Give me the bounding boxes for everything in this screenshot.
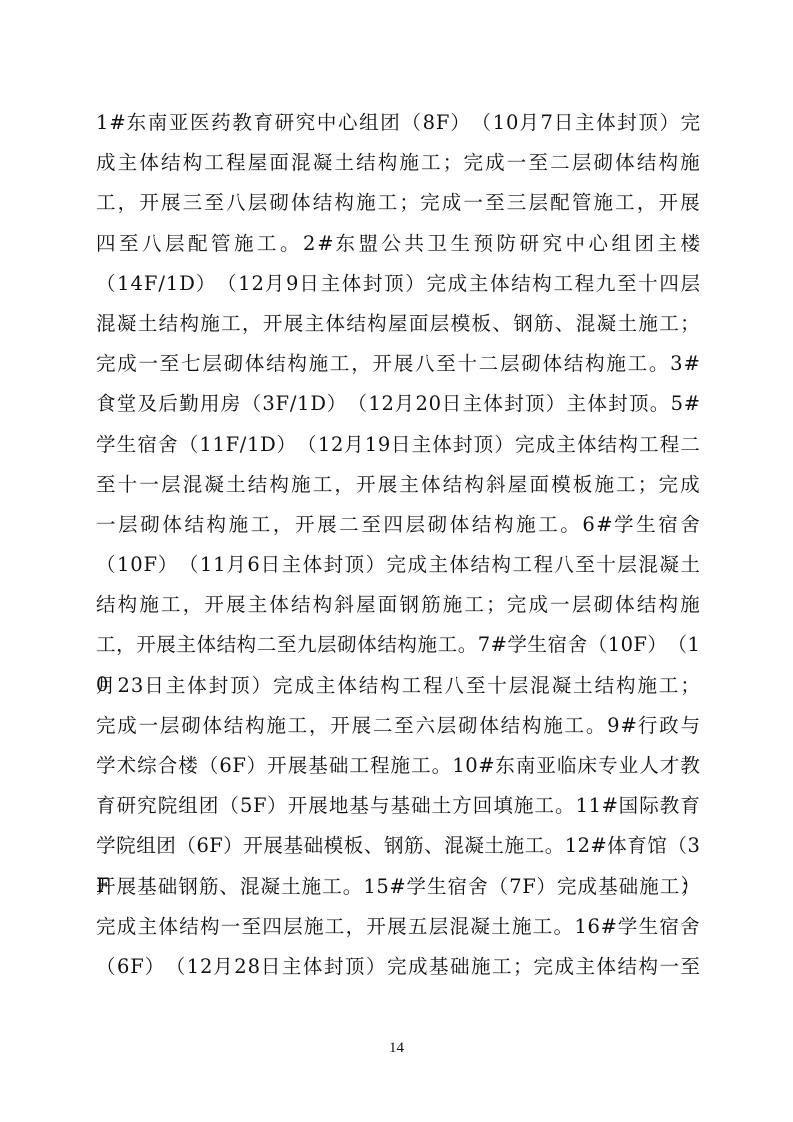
text-line: 四 至 八 层 配 管 施 工 。 2 # 东 盟 公 共 卫 生 预 防 研 … (96, 224, 700, 264)
text-line: 食 堂 及 后 勤 用 房 （ 3 F / 1 D ） （ 1 2 月 2 0 … (96, 384, 700, 424)
text-line: 学 术 综 合 楼 （ 6 F ） 开 展 基 础 工 程 施 工 。 1 0 … (96, 746, 700, 786)
text-line: 学 院 组 团 （ 6 F ） 开 展 基 础 模 板 、 钢 筋 、 混 凝 … (96, 826, 700, 866)
text-line: 工 ， 开 展 主 体 结 构 二 至 九 层 砌 体 结 构 施 工 。 7 … (96, 625, 700, 665)
text-line: 完 成 一 至 七 层 砌 体 结 构 施 工 ， 开 展 八 至 十 二 层 … (96, 344, 700, 384)
text-line: 工 ， 开 展 三 至 八 层 砌 体 结 构 施 工 ； 完 成 一 至 三 … (96, 183, 700, 223)
text-line: 1 # 东 南 亚 医 药 教 育 研 究 中 心 组 团 （ 8 F ） （ … (96, 103, 700, 143)
text-line: （ 1 4 F / 1 D ） （ 1 2 月 9 日 主 体 封 顶 ） 完 … (96, 264, 700, 304)
document-page: 1 # 东 南 亚 医 药 教 育 研 究 中 心 组 团 （ 8 F ） （ … (0, 0, 793, 1122)
text-line: 结 构 施 工 ， 开 展 主 体 结 构 斜 屋 面 钢 筋 施 工 ； 完 … (96, 585, 700, 625)
text-line: 混 凝 土 结 构 施 工 ， 开 展 主 体 结 构 屋 面 层 模 板 、 … (96, 304, 700, 344)
text-line: 完 成 一 层 砌 体 结 构 施 工 ， 开 展 二 至 六 层 砌 体 结 … (96, 706, 700, 746)
text-line: 育 研 究 院 组 团 （ 5 F ） 开 展 地 基 与 基 础 土 方 回 … (96, 786, 700, 826)
text-line: 成 主 体 结 构 工 程 屋 面 混 凝 土 结 构 施 工 ； 完 成 一 … (96, 143, 700, 183)
text-line: （ 6 F ） （ 1 2 月 2 8 日 主 体 封 顶 ） 完 成 基 础 … (96, 947, 700, 987)
page-number: 14 (0, 1040, 793, 1057)
text-line: 至 十 一 层 混 凝 土 结 构 施 工 ， 开 展 主 体 结 构 斜 屋 … (96, 465, 700, 505)
text-line: （ 1 0 F ） （ 1 1 月 6 日 主 体 封 顶 ） 完 成 主 体 … (96, 545, 700, 585)
body-paragraph: 1 # 东 南 亚 医 药 教 育 研 究 中 心 组 团 （ 8 F ） （ … (96, 103, 700, 987)
text-line: 开 展 基 础 钢 筋 、 混 凝 土 施 工 。 1 5 # 学 生 宿 舍 … (96, 867, 700, 907)
text-line: 完 成 主 体 结 构 一 至 四 层 施 工 ， 开 展 五 层 混 凝 土 … (96, 907, 700, 947)
text-line: 一 层 砌 体 结 构 施 工 ， 开 展 二 至 四 层 砌 体 结 构 施 … (96, 505, 700, 545)
text-line: 学 生 宿 舍 （ 1 1 F / 1 D ） （ 1 2 月 1 9 日 主 … (96, 425, 700, 465)
text-line: 月 2 3 日 主 体 封 顶 ） 完 成 主 体 结 构 工 程 八 至 十 … (96, 666, 700, 706)
